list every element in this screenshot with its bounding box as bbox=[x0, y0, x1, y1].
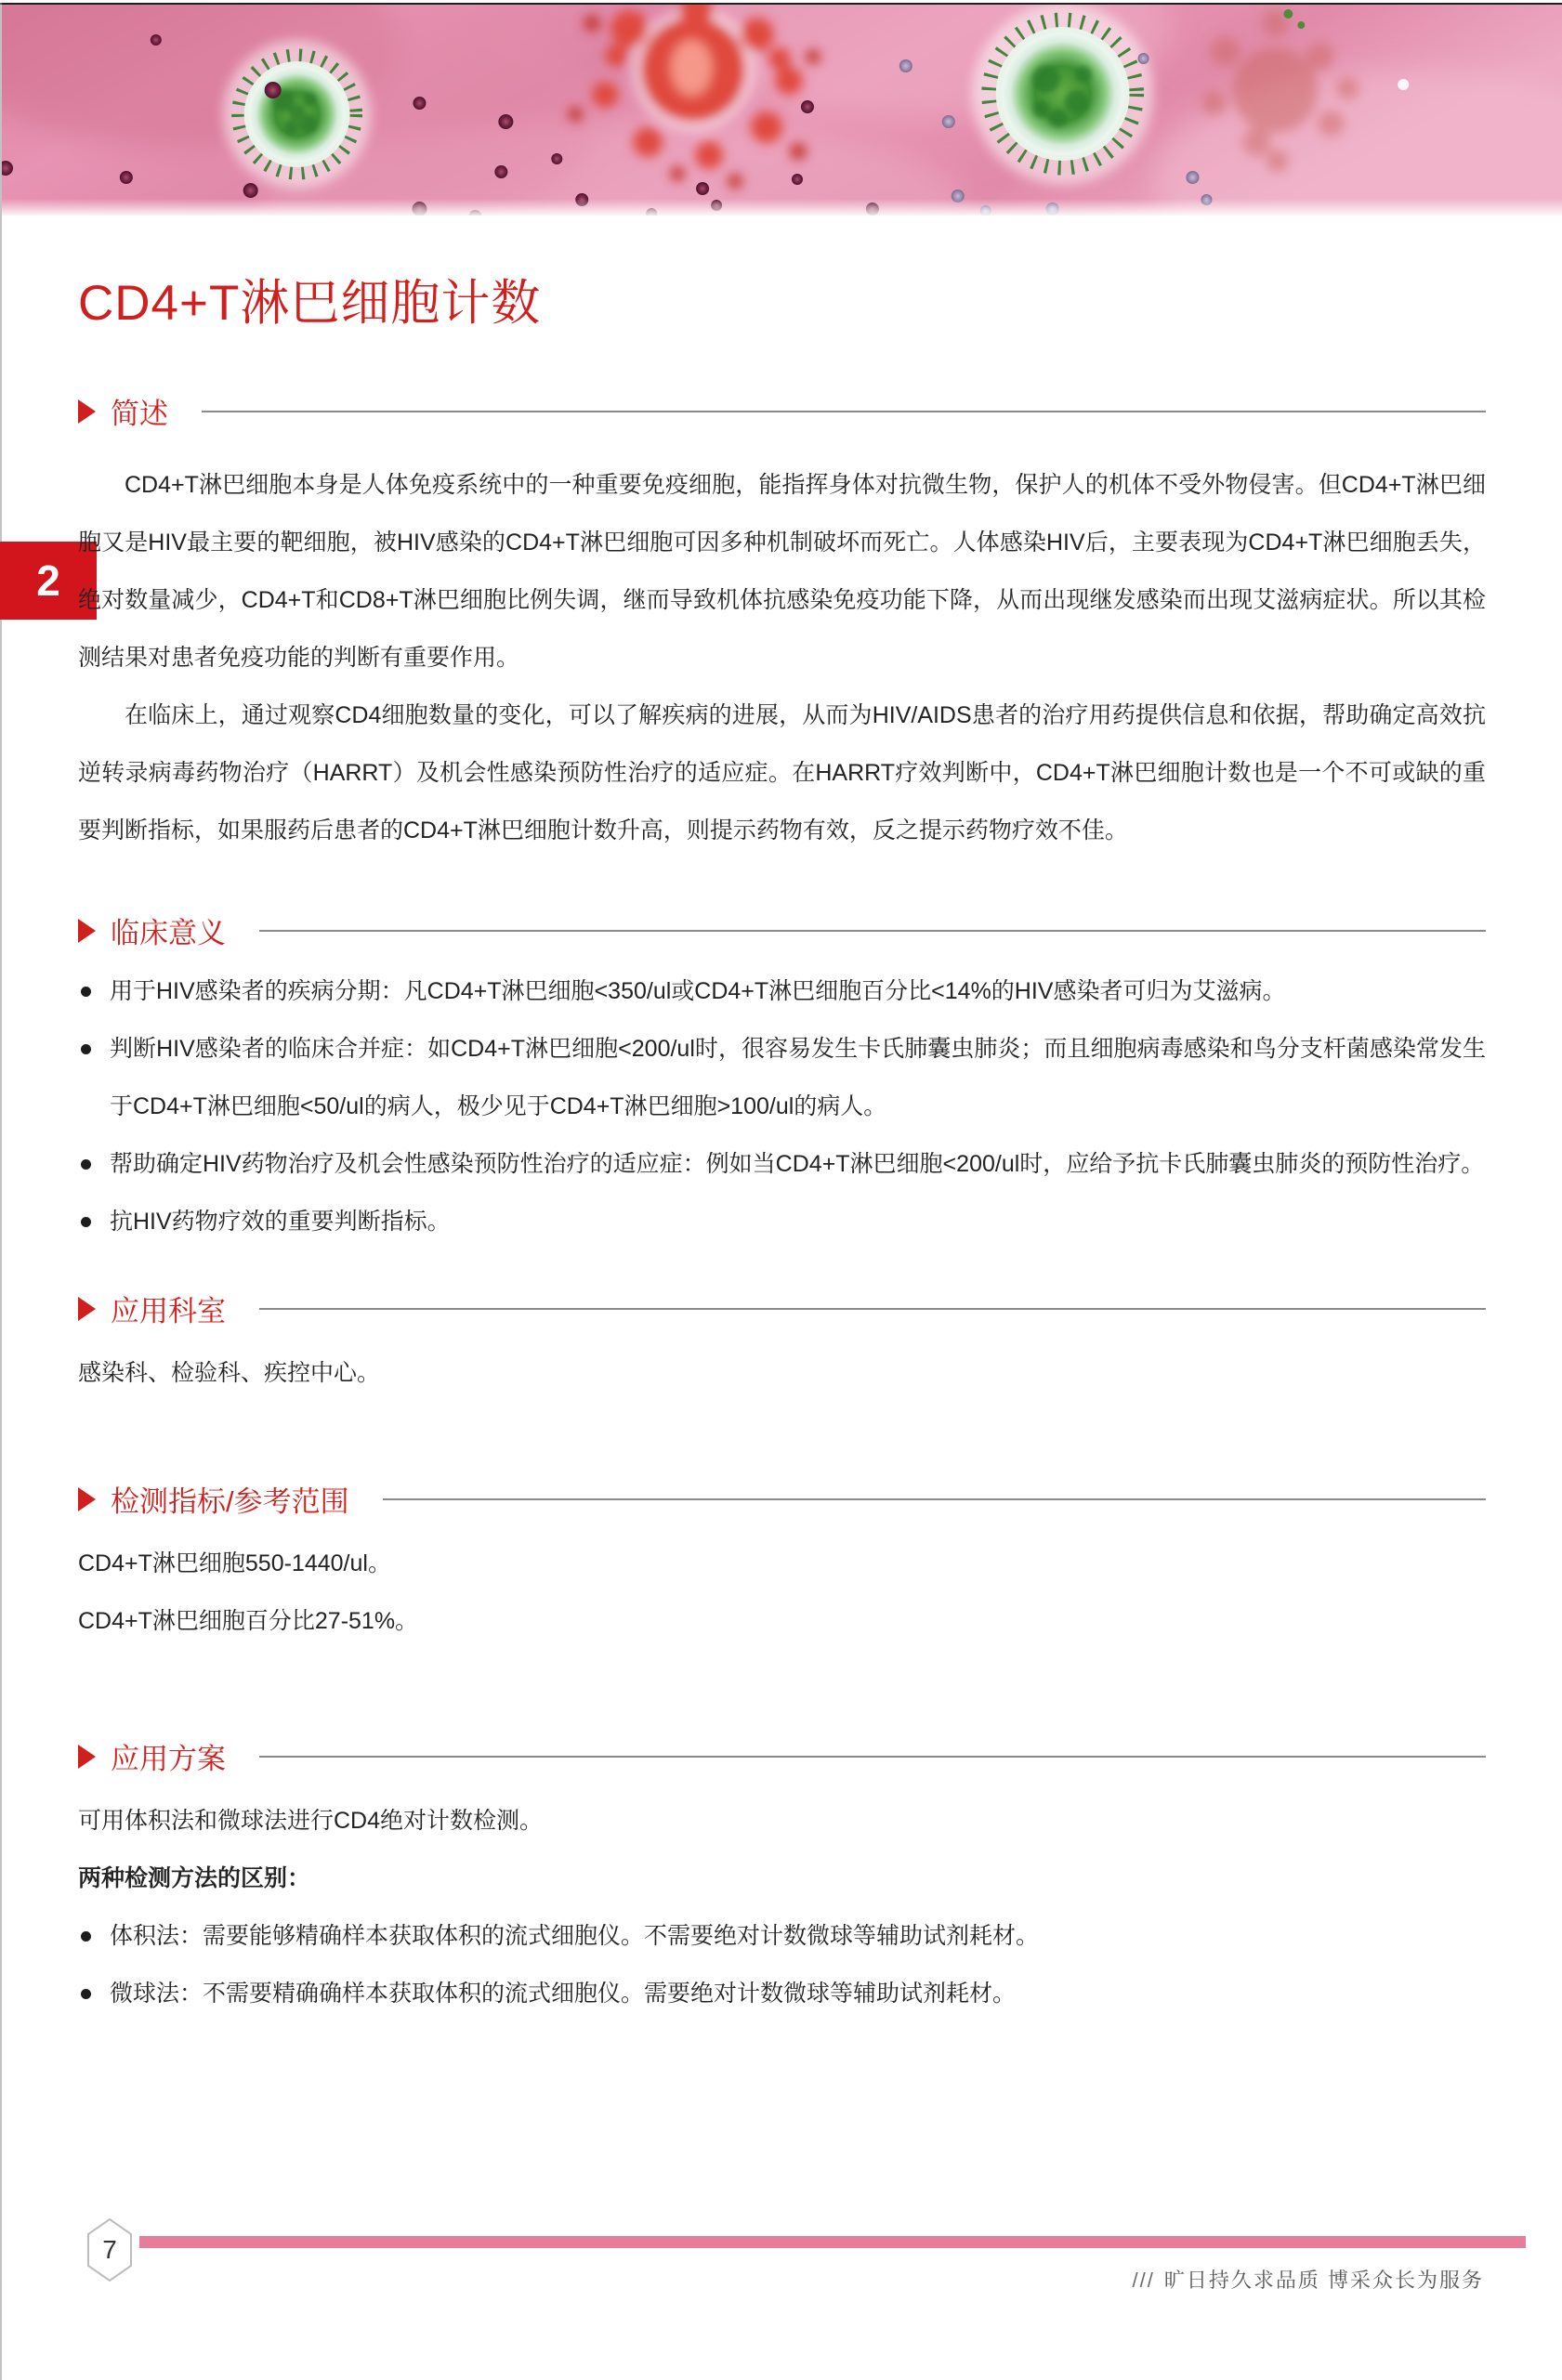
section-departments: 应用科室 感染科、检验科、疾控中心。 bbox=[78, 1288, 1486, 1402]
heading-rule bbox=[383, 1498, 1486, 1500]
bullet-dot-icon bbox=[81, 987, 91, 997]
indicator-lines: CD4+T淋巴细胞550-1440/ul。 CD4+T淋巴细胞百分比27-51%… bbox=[78, 1535, 1486, 1650]
section-heading-indicators: 检测指标/参考范围 bbox=[78, 1478, 1486, 1520]
departments-text: 感染科、检验科、疾控中心。 bbox=[78, 1344, 1486, 1402]
section-title: 简述 bbox=[111, 390, 168, 432]
bullet-text: 微球法：不需要精确确样本获取体积的流式细胞仪。需要绝对计数微球等辅助试剂耗材。 bbox=[110, 1965, 1486, 2022]
document-page: 2 CD4+T淋巴细胞计数 简述 CD4+T淋巴细胞本身是人体免疫系统中的一种重… bbox=[0, 0, 1562, 2380]
section-indicators: 检测指标/参考范围 CD4+T淋巴细胞550-1440/ul。 CD4+T淋巴细… bbox=[78, 1478, 1486, 1650]
triangle-bullet-icon bbox=[78, 1487, 96, 1511]
bullet-dot-icon bbox=[81, 1931, 91, 1942]
green-spiky-virus-cell-left bbox=[223, 40, 372, 189]
overview-paragraph-1: CD4+T淋巴细胞本身是人体免疫系统中的一种重要免疫细胞，能指挥身体对抗微生物，… bbox=[78, 456, 1486, 687]
solutions-bullet-list: 体积法：需要能够精确样本获取体积的流式细胞仪。不需要绝对计数微球等辅助试剂耗材。… bbox=[78, 1907, 1486, 2022]
section-heading-overview: 简述 bbox=[78, 390, 1486, 432]
section-title: 临床意义 bbox=[111, 909, 226, 951]
bullet-dot-icon bbox=[81, 1044, 91, 1054]
heading-rule bbox=[259, 930, 1486, 932]
triangle-bullet-icon bbox=[78, 399, 96, 424]
overview-paragraph-2: 在临床上，通过观察CD4细胞数量的变化，可以了解疾病的进展，从而为HIV/AID… bbox=[78, 687, 1486, 859]
list-item: 判断HIV感染者的临床合并症：如CD4+T淋巴细胞<200/ul时，很容易发生卡… bbox=[78, 1020, 1486, 1135]
section-heading-clinical: 临床意义 bbox=[78, 909, 1486, 951]
page-number: 7 bbox=[87, 2218, 132, 2282]
banner-illustration bbox=[2, 5, 1562, 216]
triangle-bullet-icon bbox=[78, 919, 96, 943]
slogan-text: 旷日持久求品质 博采众长为服务 bbox=[1164, 2269, 1484, 2292]
page-left-border bbox=[0, 3, 2, 2380]
section-overview: 简述 CD4+T淋巴细胞本身是人体免疫系统中的一种重要免疫细胞，能指挥身体对抗微… bbox=[78, 390, 1486, 859]
bullet-dot-icon bbox=[81, 1159, 91, 1170]
list-item: 体积法：需要能够精确样本获取体积的流式细胞仪。不需要绝对计数微球等辅助试剂耗材。 bbox=[78, 1907, 1486, 1965]
section-title: 应用科室 bbox=[111, 1288, 226, 1329]
indicator-line-1: CD4+T淋巴细胞550-1440/ul。 bbox=[78, 1535, 1486, 1592]
section-clinical-significance: 临床意义 用于HIV感染者的疾病分期：凡CD4+T淋巴细胞<350/ul或CD4… bbox=[78, 909, 1486, 1250]
bullet-dot-icon bbox=[81, 1217, 91, 1227]
bullet-text: 用于HIV感染者的疾病分期：凡CD4+T淋巴细胞<350/ul或CD4+T淋巴细… bbox=[110, 962, 1486, 1020]
bullet-text: 抗HIV药物疗效的重要判断指标。 bbox=[110, 1193, 1486, 1250]
page-content: CD4+T淋巴细胞计数 简述 CD4+T淋巴细胞本身是人体免疫系统中的一种重要免… bbox=[78, 216, 1486, 2022]
page-number-badge: 7 bbox=[87, 2218, 132, 2282]
triangle-bullet-icon bbox=[78, 1297, 96, 1321]
section-title: 检测指标/参考范围 bbox=[111, 1478, 349, 1520]
heading-rule bbox=[202, 411, 1486, 412]
chapter-number: 2 bbox=[36, 556, 60, 606]
slashes-icon: /// bbox=[1133, 2269, 1155, 2292]
triangle-bullet-icon bbox=[78, 1745, 96, 1769]
page-title: CD4+T淋巴细胞计数 bbox=[78, 264, 1486, 334]
list-item: 用于HIV感染者的疾病分期：凡CD4+T淋巴细胞<350/ul或CD4+T淋巴细… bbox=[78, 962, 1486, 1020]
section-heading-solutions: 应用方案 bbox=[78, 1735, 1486, 1777]
bullet-text: 帮助确定HIV药物治疗及机会性感染预防性治疗的适应症：例如当CD4+T淋巴细胞<… bbox=[110, 1135, 1486, 1193]
bullet-text: 体积法：需要能够精确样本获取体积的流式细胞仪。不需要绝对计数微球等辅助试剂耗材。 bbox=[110, 1907, 1486, 1965]
bullet-dot-icon bbox=[81, 1989, 91, 1999]
indicator-line-2: CD4+T淋巴细胞百分比27-51%。 bbox=[78, 1592, 1486, 1650]
section-solutions: 应用方案 可用体积法和微球法进行CD4绝对计数检测。 两种检测方法的区别： 体积… bbox=[78, 1735, 1486, 2022]
solutions-subheading: 两种检测方法的区别： bbox=[78, 1850, 1486, 1907]
green-spiky-virus-cell-right bbox=[972, 5, 1154, 185]
bullet-text: 判断HIV感染者的临床合并症：如CD4+T淋巴细胞<200/ul时，很容易发生卡… bbox=[110, 1020, 1486, 1135]
list-item: 微球法：不需要精确确样本获取体积的流式细胞仪。需要绝对计数微球等辅助试剂耗材。 bbox=[78, 1965, 1486, 2022]
banner-image bbox=[2, 5, 1562, 216]
solutions-intro: 可用体积法和微球法进行CD4绝对计数检测。 bbox=[78, 1792, 1486, 1850]
heading-rule bbox=[259, 1756, 1486, 1758]
section-heading-departments: 应用科室 bbox=[78, 1288, 1486, 1329]
list-item: 抗HIV药物疗效的重要判断指标。 bbox=[78, 1193, 1486, 1250]
clinical-bullet-list: 用于HIV感染者的疾病分期：凡CD4+T淋巴细胞<350/ul或CD4+T淋巴细… bbox=[78, 962, 1486, 1250]
footer-divider-bar bbox=[139, 2236, 1526, 2248]
heading-rule bbox=[259, 1308, 1486, 1310]
footer-slogan: ///旷日持久求品质 博采众长为服务 bbox=[1133, 2265, 1484, 2294]
list-item: 帮助确定HIV药物治疗及机会性感染预防性治疗的适应症：例如当CD4+T淋巴细胞<… bbox=[78, 1135, 1486, 1193]
section-title: 应用方案 bbox=[111, 1735, 226, 1777]
